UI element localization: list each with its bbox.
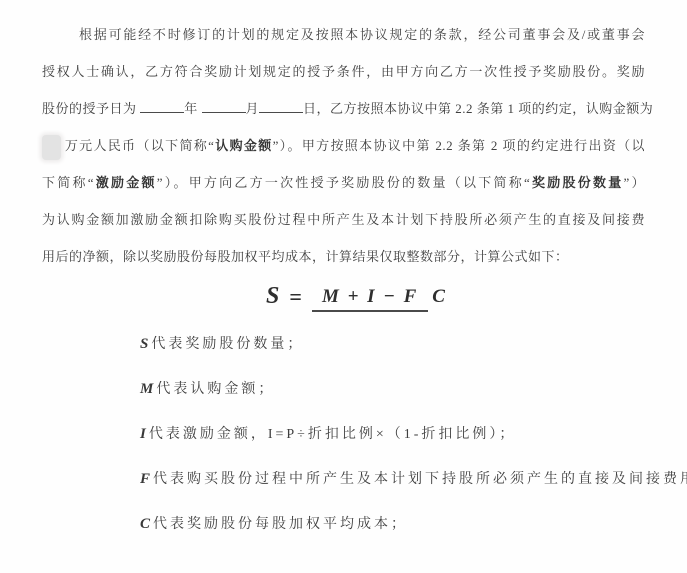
text-run: 日，乙方按照本协议中第 2.2 条第 1 项的约定，认购金额为: [303, 101, 653, 116]
paragraph-line: 根据可能经不时修订的计划的规定及按照本协议规定的条款，经公司董事会及/或董事会: [42, 16, 645, 53]
text-run: 为认购金额加激励金额扣除购买股份过程中所产生及本计划下持股所必须产生的直接及间接…: [42, 212, 645, 227]
defined-term: 认购金额: [214, 138, 272, 153]
definition-text: 代表认购金额；: [156, 382, 275, 397]
defined-term: 激励金额: [94, 175, 157, 190]
formula-variable: M: [140, 381, 153, 397]
paragraph-line: 股份的授予日为 年 月日，乙方按照本协议中第 2.2 条第 1 项的约定，认购金…: [42, 90, 645, 127]
definitions: S代表奖励股份数量；M代表认购金额；I代表激励金额，I=P÷折扣比例×（1-折扣…: [140, 322, 687, 547]
definition-text: 代表奖励股份数量；: [151, 337, 304, 352]
formula-numerator: M + I − F: [312, 286, 428, 312]
text-run: 年: [184, 101, 201, 116]
document-page: 根据可能经不时修订的计划的规定及按照本协议规定的条款，经公司董事会及/或董事会授…: [0, 0, 687, 573]
paragraph-line: 下简称“激励金额”）。甲方向乙方一次性授予奖励股份的数量（以下简称“奖励股份数量…: [42, 164, 645, 201]
formula-variable: S: [140, 336, 148, 352]
text-run: ”）: [623, 175, 645, 190]
formula-denominator: C: [432, 283, 445, 307]
text-run: ”）。甲方向乙方一次性授予奖励股份的数量（以下简称“: [157, 175, 531, 190]
fill-in-blank: [259, 100, 303, 113]
defined-term: 奖励股份数量: [530, 175, 623, 190]
text-run: 万元人民币（以下简称“: [64, 138, 214, 153]
text-run: 股份的授予日为: [42, 101, 140, 116]
redaction-box: [42, 135, 61, 160]
formula-equals-sign: =: [289, 284, 302, 310]
text-run: 月: [246, 101, 260, 116]
formula-lhs: S: [266, 283, 279, 310]
definition-text: 代表激励金额，I=P÷折扣比例×（1-折扣比例）；: [149, 427, 517, 442]
text-run: 授权人士确认，乙方符合奖励计划规定的授予条件，由甲方向乙方一次性授予奖励股份。奖…: [42, 64, 645, 79]
paragraph-line: 授权人士确认，乙方符合奖励计划规定的授予条件，由甲方向乙方一次性授予奖励股份。奖…: [42, 53, 645, 90]
paragraph-line: 用后的净额，除以奖励股份每股加权平均成本，计算结果仅取整数部分，计算公式如下：: [42, 238, 645, 275]
formula: S = M + I − F C: [266, 283, 445, 310]
formula-variable: C: [140, 516, 150, 532]
fill-in-blank: [202, 100, 246, 113]
definition-line: I代表激励金额，I=P÷折扣比例×（1-折扣比例）；: [140, 412, 687, 457]
paragraph-line: 为认购金额加激励金额扣除购买股份过程中所产生及本计划下持股所必须产生的直接及间接…: [42, 201, 645, 238]
formula-fraction: M + I − F C: [312, 286, 445, 308]
paragraph: 根据可能经不时修订的计划的规定及按照本协议规定的条款，经公司董事会及/或董事会授…: [42, 16, 645, 275]
formula-variable: I: [140, 426, 146, 442]
text-run: ”）。甲方按照本协议中第 2.2 条第 2 项的约定进行出资（以: [273, 138, 645, 153]
paragraph-line: 万元人民币（以下简称“认购金额”）。甲方按照本协议中第 2.2 条第 2 项的约…: [42, 127, 645, 164]
text-run: 下简称“: [42, 175, 94, 190]
definition-line: C代表奖励股份每股加权平均成本；: [140, 502, 687, 547]
text-run: 根据可能经不时修订的计划的规定及按照本协议规定的条款，经公司董事会及/或董事会: [79, 27, 645, 42]
formula-variable: F: [140, 471, 150, 487]
text-run: 用后的净额，除以奖励股份每股加权平均成本，计算结果仅取整数部分，计算公式如下：: [42, 249, 569, 264]
definition-line: M代表认购金额；: [140, 367, 687, 412]
definition-text: 代表奖励股份每股加权平均成本；: [153, 517, 408, 532]
definition-line: F代表购买股份过程中所产生及本计划下持股所必须产生的直接及间接费用；: [140, 457, 687, 502]
definition-text: 代表购买股份过程中所产生及本计划下持股所必须产生的直接及间接费用；: [153, 472, 687, 487]
fill-in-blank: [140, 100, 184, 113]
definition-line: S代表奖励股份数量；: [140, 322, 687, 367]
